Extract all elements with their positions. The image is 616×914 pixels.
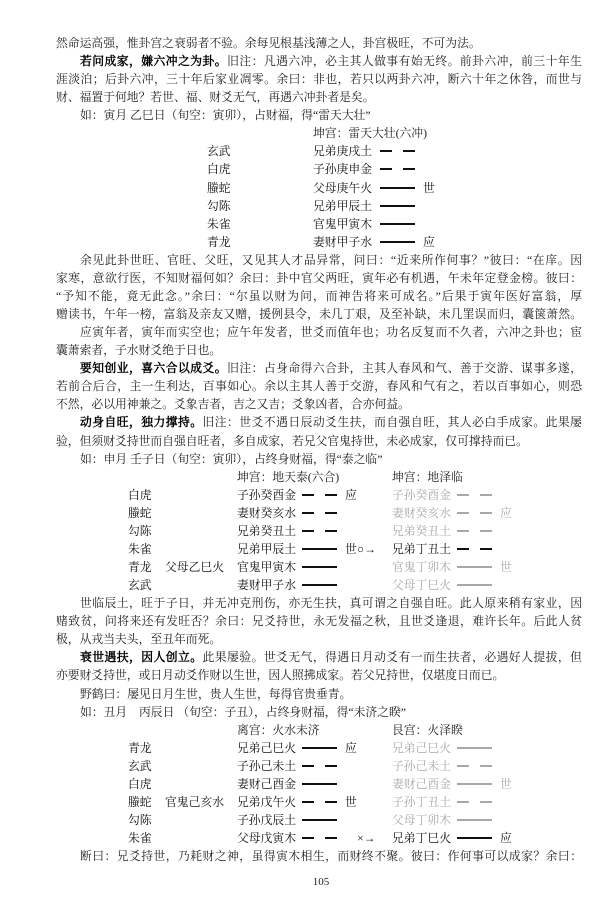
yao-line-icon: [302, 819, 337, 821]
line-relation: 父母戊寅木: [237, 829, 296, 847]
hexagram-row: 玄武 兄弟庚戌土: [0, 142, 616, 160]
six-spirit: 勾陈: [207, 197, 231, 215]
example-line: 如：申月 壬子日（旬空：寅卯），占终身财福，得“泰之临”: [80, 450, 382, 468]
changed-shi-ying-marker: 应: [500, 504, 512, 522]
hexagram-title: 坤宫：地天泰(六合): [237, 468, 339, 486]
changed-line-relation: 子孙丁丑土: [392, 793, 451, 811]
line-relation: 妻财甲子水: [237, 576, 296, 594]
hexagram-row: 玄武 子孙己未土 子孙己未土: [0, 757, 616, 775]
changed-yao-line-icon: [457, 819, 492, 821]
line-relation: 子孙癸酉金: [237, 486, 296, 504]
line-relation: 兄弟甲辰土: [237, 540, 296, 558]
line-relation: 官鬼甲寅木: [237, 558, 296, 576]
six-spirit: 青龙: [128, 558, 152, 576]
yao-line-icon: [302, 837, 337, 839]
hexagram-title: 坤宫：雷天大壮(六冲): [313, 124, 427, 142]
changed-shi-ying-marker: 世: [500, 775, 512, 793]
changed-yao-line-icon: [457, 783, 492, 785]
changed-shi-ying-marker: 应: [500, 829, 512, 847]
changed-line-relation: 父母丁卯木: [392, 811, 451, 829]
line-relation: 子孙庚申金: [313, 160, 372, 178]
hexagram-header: 坤宫：雷天大壮(六冲): [0, 124, 616, 142]
yao-line-icon: [380, 150, 415, 152]
line-relation: 妻财癸亥水: [237, 504, 296, 522]
changed-yao-line-icon: [457, 512, 492, 514]
hexagram-row: 螣蛇 官鬼己亥水 兄弟戊午火 世 子孙丁丑土: [0, 793, 616, 811]
text-line: 家寒，意欲行医，不知财福何如？余曰：卦中官父两旺，寅年必有机遇，午未年定登金榜。…: [56, 269, 582, 287]
hexagram-row: 玄武 妻财甲子水 父母丁巳火: [0, 576, 616, 594]
changed-yao-line-icon: [457, 837, 492, 839]
paragraph-heading-line: 衰世遇扶，因人创立。此果屡验。世爻无气，得遇日月动爻有一而生扶者，必遇好人提拔，…: [80, 648, 582, 666]
text-line: 极，从戎当夫头，至丑年而死。: [56, 630, 221, 648]
yao-line-icon: [302, 548, 337, 550]
hexagram-row: 青龙 妻财甲子水 应: [0, 233, 616, 251]
hexagram-row: 勾陈 子孙戊辰土 父母丁卯木: [0, 811, 616, 829]
text-line: 断曰：兄爻持世，乃耗财之神，虽得寅木相生，而财终不聚。彼曰：作何事可以成家？余曰…: [80, 847, 582, 865]
yao-line-icon: [380, 241, 415, 243]
yao-line-icon: [302, 530, 337, 532]
changed-line-relation: 妻财癸亥水: [392, 504, 451, 522]
line-relation: 兄弟戊午火: [237, 793, 296, 811]
hexagram-row: 青龙 父母乙巳火 官鬼甲寅木 官鬼丁卯木 世: [0, 558, 616, 576]
text-line: 应寅年者，寅年而实空也；应午年发者，世爻而值年也；功名反复而不久者，六冲之卦也；…: [80, 323, 582, 341]
shi-ying-marker: 应: [345, 739, 357, 757]
text-line: 若前合后合，主一生利达，百事如心。余以主其人善于交游，春风和气有之，若以百事如心…: [56, 377, 582, 395]
hexagram-row: 朱雀 兄弟甲辰土 世 ○→ 兄弟丁丑土: [0, 540, 616, 558]
text-line: 赠读书，午年一榜，富翁及亲友又赠，援例县令，未几丁艰，及至补缺，未几罣误而归，囊…: [56, 305, 582, 323]
hexagram-row: 勾陈 兄弟甲辰土: [0, 197, 616, 215]
yao-line-icon: [380, 168, 415, 170]
six-spirit: 朱雀: [128, 540, 152, 558]
line-relation: 子孙己未土: [237, 757, 296, 775]
six-spirit: 勾陈: [128, 811, 152, 829]
hidden-spirit-line: 官鬼己亥水: [165, 793, 224, 811]
bold-heading: 动身自旺，独力撑持。: [80, 415, 203, 429]
changed-line-relation: 妻财己酉金: [392, 775, 451, 793]
changed-yao-line-icon: [457, 548, 492, 550]
hexagram-row: 白虎 妻财己酉金 妻财己酉金 世: [0, 775, 616, 793]
changed-yao-line-icon: [457, 530, 492, 532]
six-spirit: 螣蛇: [128, 793, 152, 811]
yao-line-icon: [302, 512, 337, 514]
line-relation: 官鬼甲寅木: [313, 215, 372, 233]
six-spirit: 青龙: [207, 233, 231, 251]
hexagram-row: 螣蛇 妻财癸亥水 妻财癸亥水 应: [0, 504, 616, 522]
six-spirit: 螣蛇: [207, 179, 231, 197]
text-line: 验，但须财爻持世而自强自旺者，多自成家，若兄父官鬼持世，未必成家，仅可撑持而已。: [56, 432, 528, 450]
six-spirit: 玄武: [207, 142, 231, 160]
six-spirit: 玄武: [128, 757, 152, 775]
moving-line-marker: ○→: [357, 540, 376, 558]
text-line: 世临辰土，旺于子日，并无冲克刑伤，亦无生扶，真可谓之自强自旺。此人原来稍有家业，…: [80, 594, 582, 612]
changed-yao-line-icon: [457, 566, 492, 568]
hexagram-row: 勾陈 兄弟癸丑土 兄弟癸丑土: [0, 522, 616, 540]
six-spirit: 白虎: [207, 160, 231, 178]
page-number: 105: [300, 873, 342, 891]
line-text: 旧注：凡遇六冲，必主其人做事有始无终。前卦六冲，前三十年生: [227, 54, 582, 68]
changed-yao-line-icon: [457, 494, 492, 496]
yao-line-icon: [302, 494, 337, 496]
text-line: 余见此卦世旺、官旺、父旺，又见其人才品异常，问曰：“近来所作何事？”彼曰：“在庠…: [80, 251, 582, 269]
six-spirit: 朱雀: [128, 829, 152, 847]
changed-line-relation: 子孙己未土: [392, 757, 451, 775]
changed-hexagram-title: 坤宫：地泽临: [392, 468, 463, 486]
changed-line-relation: 兄弟丁丑土: [392, 540, 451, 558]
changed-yao-line-icon: [457, 747, 492, 749]
text-line: 亦要财爻持世，或日月动爻作财以生世，因人照拂成家。若父兄持世，仅堪度日而已。: [56, 666, 504, 684]
six-spirit: 朱雀: [207, 215, 231, 233]
line-relation: 子孙戊辰土: [237, 811, 296, 829]
hidden-spirit-line: 父母乙巳火: [165, 558, 224, 576]
changed-line-relation: 兄弟己巳火: [392, 739, 451, 757]
line-relation: 兄弟己巳火: [237, 739, 296, 757]
yao-line-icon: [302, 801, 337, 803]
text-line: 囊萧索者，子水财爻绝于日也。: [56, 341, 221, 359]
example-line: 如：寅月 乙巳日（旬空：寅卯），占财福，得“雷天大壮”: [80, 106, 371, 124]
bold-heading: 要知创业，喜六合以成爻。: [80, 361, 227, 375]
line-text: 旧注：占身命得六合卦，主其人春风和气、善于交游、谋事多遂，: [227, 361, 582, 375]
changed-yao-line-icon: [457, 765, 492, 767]
yao-line-icon: [380, 205, 415, 207]
yao-line-icon: [380, 187, 415, 189]
changed-line-relation: 父母丁巳火: [392, 576, 451, 594]
example-line: 如：丑月 丙辰日 （旬空：子丑），占终身财福，得“未济之睽”: [80, 703, 406, 721]
yao-line-icon: [302, 584, 337, 586]
hexagram-title: 离宫：火水未济: [237, 721, 320, 739]
text-line: “予知不能，竟无此念。”余曰：“尔虽以财为问，而神告将来可成名。”后果于寅年医好…: [56, 287, 582, 305]
six-spirit: 青龙: [128, 739, 152, 757]
shi-ying-marker: 世: [345, 540, 357, 558]
line-relation: 兄弟癸丑土: [237, 522, 296, 540]
text-line: 然命运高强，惟卦宫之衰弱者不验。余每见根基浅薄之人，卦宫极旺，不可为法。: [56, 34, 481, 52]
hexagram-row: 白虎 子孙癸酉金 应 子孙癸酉金: [0, 486, 616, 504]
text-line: 财、福置于何地？若世、福、财爻无气，再遇六冲卦者是矣。: [56, 88, 375, 106]
text-line: 不然，必以用神兼之。爻象吉者，吉之又吉；爻象凶者，合亦何益。: [56, 395, 410, 413]
text-line: 赌致贫，问将来还有发旺否？余曰：兄爻持世，永无发福之秋，且世爻逢退，难许长年。后…: [56, 612, 582, 630]
changed-yao-line-icon: [457, 584, 492, 586]
changed-shi-ying-marker: 世: [500, 558, 512, 576]
text-line: 涯淡泊；后卦六冲，三十年后家业凋零。余曰：非也，若只以两卦六冲，断六十年之休咎，…: [56, 70, 582, 88]
six-spirit: 玄武: [128, 576, 152, 594]
yao-line-icon: [302, 566, 337, 568]
moving-line-marker: ×→: [357, 829, 375, 847]
six-spirit: 白虎: [128, 486, 152, 504]
paragraph-heading-line: 要知创业，喜六合以成爻。旧注：占身命得六合卦，主其人春风和气、善于交游、谋事多遂…: [80, 359, 582, 377]
text-line: 野鹤曰：屡见日月生世，贵人生世，每得官贵垂青。: [80, 685, 351, 703]
yao-line-icon: [302, 747, 337, 749]
yao-line-icon: [302, 783, 337, 785]
line-relation: 兄弟甲辰土: [313, 197, 372, 215]
hexagram-header: 离宫：火水未济 艮宫：火泽睽: [0, 721, 616, 739]
six-spirit: 白虎: [128, 775, 152, 793]
shi-ying-marker: 应: [423, 233, 435, 251]
paragraph-heading-line: 动身自旺，独力撑持。旧注：世爻不遇日辰动爻生扶，而自强自旺，其人必白手成家。此果…: [80, 413, 582, 431]
yao-line-icon: [380, 223, 415, 225]
bold-heading: 衰世遇扶，因人创立。: [80, 650, 203, 664]
line-relation: 兄弟庚戌土: [313, 142, 372, 160]
hexagram-row: 青龙 兄弟己巳火 应 兄弟己巳火: [0, 739, 616, 757]
shi-ying-marker: 应: [345, 486, 357, 504]
shi-ying-marker: 世: [423, 179, 435, 197]
shi-ying-marker: 世: [345, 793, 357, 811]
hexagram-row: 朱雀 父母戊寅木 ×→ 兄弟丁巳火 应: [0, 829, 616, 847]
hexagram-header: 坤宫：地天泰(六合) 坤宫：地泽临: [0, 468, 616, 486]
changed-line-relation: 兄弟丁巳火: [392, 829, 451, 847]
line-text: 此果屡验。世爻无气，得遇日月动爻有一而生扶者，必遇好人提拔，但: [203, 650, 582, 664]
line-relation: 妻财己酉金: [237, 775, 296, 793]
document-page: 然命运高强，惟卦宫之衰弱者不验。余每见根基浅薄之人，卦宫极旺，不可为法。 若问成…: [0, 0, 616, 914]
hexagram-row: 白虎 子孙庚申金: [0, 160, 616, 178]
line-relation: 父母庚午火: [313, 179, 372, 197]
hexagram-row: 朱雀 官鬼甲寅木: [0, 215, 616, 233]
changed-line-relation: 兄弟癸丑土: [392, 522, 451, 540]
bold-heading: 若问成家，嫌六冲之为卦。: [80, 54, 227, 68]
yao-line-icon: [302, 765, 337, 767]
changed-line-relation: 官鬼丁卯木: [392, 558, 451, 576]
paragraph-heading-line: 若问成家，嫌六冲之为卦。旧注：凡遇六冲，必主其人做事有始无终。前卦六冲，前三十年…: [80, 52, 582, 70]
changed-yao-line-icon: [457, 801, 492, 803]
hexagram-row: 螣蛇 父母庚午火 世: [0, 179, 616, 197]
line-relation: 妻财甲子水: [313, 233, 372, 251]
changed-line-relation: 子孙癸酉金: [392, 486, 451, 504]
line-text: 旧注：世爻不遇日辰动爻生扶，而自强自旺，其人必白手成家。此果屡: [203, 415, 582, 429]
six-spirit: 勾陈: [128, 522, 152, 540]
six-spirit: 螣蛇: [128, 504, 152, 522]
changed-hexagram-title: 艮宫：火泽睽: [392, 721, 463, 739]
